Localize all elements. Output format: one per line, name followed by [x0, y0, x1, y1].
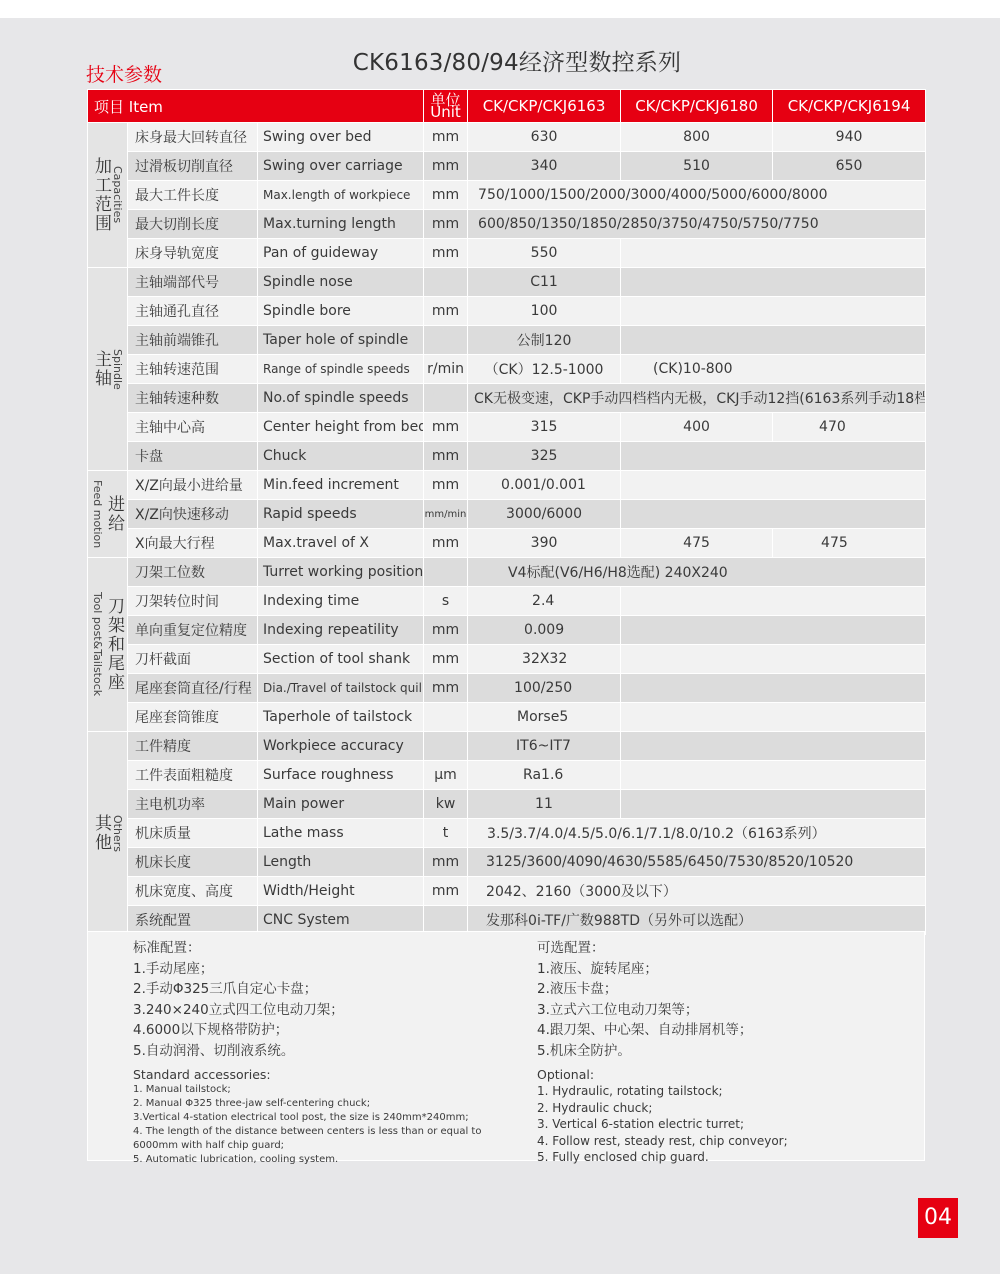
- row-value-6180: 510: [621, 152, 773, 181]
- row-label-en: Min.feed increment: [258, 471, 424, 500]
- row-unit: mm: [424, 645, 468, 674]
- group-spindle: 主轴Spindle: [88, 268, 128, 471]
- row-unit: r/min: [424, 355, 468, 384]
- section-label: 技术参数: [86, 60, 162, 87]
- row-label-cn: 卡盘: [128, 442, 258, 471]
- row-label-cn: 刀架工位数: [128, 558, 258, 587]
- standard-item-cn: 1.手动尾座；: [133, 959, 481, 980]
- table-row: X/Z向快速移动 Rapid speeds mm/min 3000/6000: [88, 500, 926, 529]
- row-value-all: 3.5/3.7/4.0/4.5/5.0/6.1/7.1/8.0/10.2（616…: [468, 819, 926, 848]
- row-value-all: 600/850/1350/1850/2850/3750/4750/5750/77…: [468, 210, 926, 239]
- empty-cell: [621, 442, 926, 471]
- group-feed: Feed motion进给: [88, 471, 128, 558]
- table-row: 主轴前端锥孔 Taper hole of spindle 公制120: [88, 326, 926, 355]
- row-label-en: Chuck: [258, 442, 424, 471]
- row-value-6180: 800: [621, 123, 773, 152]
- header-unit-en: Unit: [424, 106, 467, 118]
- row-value-6163: 340: [468, 152, 621, 181]
- row-label-en: Max.travel of X: [258, 529, 424, 558]
- group-label-en: Spindle: [111, 349, 124, 390]
- row-label-cn: 床身导轨宽度: [128, 239, 258, 268]
- row-label-cn: 尾座套筒直径/行程: [128, 674, 258, 703]
- row-unit: mm: [424, 848, 468, 877]
- empty-cell: [621, 471, 926, 500]
- row-label-cn: 工件精度: [128, 732, 258, 761]
- accessories-notes: 标准配置： 1.手动尾座； 2.手动Φ325三爪自定心卡盘； 3.240×240…: [87, 931, 925, 1161]
- row-value-all: 0.001/0.001: [468, 471, 621, 500]
- row-unit: mm: [424, 181, 468, 210]
- row-label-cn: X向最大行程: [128, 529, 258, 558]
- standard-item-en: 1. Manual tailstock;: [133, 1083, 481, 1097]
- standard-item-cn: 2.手动Φ325三爪自定心卡盘；: [133, 979, 481, 1000]
- row-label-en: Rapid speeds: [258, 500, 424, 529]
- row-value-6180: 475: [621, 529, 773, 558]
- empty-cell: [621, 761, 926, 790]
- table-row: 主轴通孔直径 Spindle bore mm 100: [88, 297, 926, 326]
- row-label-en: Lathe mass: [258, 819, 424, 848]
- row-value-all: 11: [468, 790, 621, 819]
- row-label-cn: 机床宽度、高度: [128, 877, 258, 906]
- row-label-en: Dia./Travel of tailstock quill: [258, 674, 424, 703]
- table-header-row: 项目 Item 单位 Unit CK/CKP/CKJ6163 CK/CKP/CK…: [88, 90, 926, 123]
- row-label-cn: 过滑板切削直径: [128, 152, 258, 181]
- header-item: 项目 Item: [88, 90, 424, 123]
- empty-cell: [621, 616, 926, 645]
- row-label-en: Surface roughness: [258, 761, 424, 790]
- table-row: 卡盘 Chuck mm 325: [88, 442, 926, 471]
- row-value-6163: （CK）12.5-1000: [468, 355, 621, 384]
- standard-item-en: 4. The length of the distance between ce…: [133, 1125, 481, 1139]
- optional-item-cn: 2.液压卡盘；: [537, 979, 788, 1000]
- table-row: 机床宽度、高度 Width/Height mm 2042、2160（3000及以…: [88, 877, 926, 906]
- row-label-cn: 主轴中心高: [128, 413, 258, 442]
- row-label-cn: 工件表面粗糙度: [128, 761, 258, 790]
- row-label-cn: 最大工件长度: [128, 181, 258, 210]
- standard-accessories: 标准配置： 1.手动尾座； 2.手动Φ325三爪自定心卡盘； 3.240×240…: [133, 938, 481, 1167]
- row-label-en: Pan of guideway: [258, 239, 424, 268]
- optional-item-cn: 4.跟刀架、中心架、自动排屑机等；: [537, 1020, 788, 1041]
- table-row: 尾座套筒锥度 Taperhole of tailstock Morse5: [88, 703, 926, 732]
- table-row: 机床质量 Lathe mass t 3.5/3.7/4.0/4.5/5.0/6.…: [88, 819, 926, 848]
- top-band: [0, 0, 1000, 18]
- standard-title-cn: 标准配置：: [133, 938, 481, 959]
- row-unit: mm: [424, 529, 468, 558]
- row-label-cn: 主轴转速范围: [128, 355, 258, 384]
- table-row: 工件表面粗糙度 Surface roughness μm Ra1.6: [88, 761, 926, 790]
- row-label-en: Swing over carriage: [258, 152, 424, 181]
- row-value-6194: 940: [773, 123, 926, 152]
- table-row: 最大切削长度 Max.turning length mm 600/850/135…: [88, 210, 926, 239]
- table-row: 加工范围Capacities 床身最大回转直径 Swing over bed m…: [88, 123, 926, 152]
- table-row: 过滑板切削直径 Swing over carriage mm 340 510 6…: [88, 152, 926, 181]
- table-row: 单向重复定位精度 Indexing repeatility mm 0.009: [88, 616, 926, 645]
- table-row: 主轴Spindle 主轴端部代号 Spindle nose C11: [88, 268, 926, 297]
- row-label-cn: 尾座套筒锥度: [128, 703, 258, 732]
- row-unit: [424, 703, 468, 732]
- row-label-en: Range of spindle speeds: [258, 355, 424, 384]
- standard-en-block: Standard accessories: 1. Manual tailstoc…: [133, 1067, 481, 1167]
- row-label-cn: 机床质量: [128, 819, 258, 848]
- group-label-en: Others: [111, 815, 124, 852]
- optional-accessories: 可选配置： 1.液压、旋转尾座； 2.液压卡盘； 3.立式六工位电动刀架等； 4…: [537, 938, 788, 1166]
- group-label-en: Capacities: [111, 166, 124, 223]
- empty-cell: [621, 674, 926, 703]
- row-value-all: 2.4: [468, 587, 621, 616]
- standard-item-cn: 4.6000以下规格带防护；: [133, 1020, 481, 1041]
- row-label-en: Main power: [258, 790, 424, 819]
- table-row: 机床长度 Length mm 3125/3600/4090/4630/5585/…: [88, 848, 926, 877]
- header-unit: 单位 Unit: [424, 90, 468, 123]
- group-label-cn: 刀架和尾座: [104, 597, 124, 692]
- empty-cell: [621, 790, 926, 819]
- optional-item-en: 5. Fully enclosed chip guard.: [537, 1149, 788, 1166]
- row-label-en: Turret working position: [258, 558, 424, 587]
- empty-cell: [621, 500, 926, 529]
- empty-cell: [621, 326, 926, 355]
- row-value-6163: 315: [468, 413, 621, 442]
- optional-item-cn: 1.液压、旋转尾座；: [537, 959, 788, 980]
- row-label-cn: X/Z向快速移动: [128, 500, 258, 529]
- header-model-6194: CK/CKP/CKJ6194: [773, 90, 926, 123]
- row-value-6180: 400: [621, 413, 773, 442]
- row-value-all: 100/250: [468, 674, 621, 703]
- standard-item-en: 5. Automatic lubrication, cooling system…: [133, 1153, 481, 1167]
- row-value-6163: 390: [468, 529, 621, 558]
- row-label-cn: 床身最大回转直径: [128, 123, 258, 152]
- optional-item-en: 1. Hydraulic, rotating tailstock;: [537, 1083, 788, 1100]
- row-value-all: CK无极变速，CKP手动四档档内无极，CKJ手动12挡(6163系列手动18档): [468, 384, 926, 413]
- row-value-all: IT6~IT7: [468, 732, 621, 761]
- row-value-all: C11: [468, 268, 621, 297]
- table-row: 主电机功率 Main power kw 11: [88, 790, 926, 819]
- group-label-cn: 其他: [91, 814, 111, 852]
- row-unit: μm: [424, 761, 468, 790]
- row-label-cn: 刀杆截面: [128, 645, 258, 674]
- row-value-6180-6194: (CK)10-800: [621, 355, 926, 384]
- row-value-all: 公制120: [468, 326, 621, 355]
- row-label-en: Section of tool shank: [258, 645, 424, 674]
- spec-table: 项目 Item 单位 Unit CK/CKP/CKJ6163 CK/CKP/CK…: [87, 89, 926, 935]
- row-label-en: Workpiece accuracy: [258, 732, 424, 761]
- group-label-cn: 加工范围: [91, 157, 111, 233]
- row-label-cn: 最大切削长度: [128, 210, 258, 239]
- row-unit: mm: [424, 413, 468, 442]
- row-unit: mm: [424, 442, 468, 471]
- row-label-en: Length: [258, 848, 424, 877]
- table-row: 主轴中心高 Center height from bed mm 315 400 …: [88, 413, 926, 442]
- row-label-en: Max.turning length: [258, 210, 424, 239]
- row-unit: mm: [424, 471, 468, 500]
- row-unit: [424, 558, 468, 587]
- row-value-all: Ra1.6: [468, 761, 621, 790]
- row-unit: mm: [424, 877, 468, 906]
- row-value-all: 325: [468, 442, 621, 471]
- row-value-all: 0.009: [468, 616, 621, 645]
- standard-item-en: 3.Vertical 4-station electrical tool pos…: [133, 1111, 481, 1125]
- row-label-cn: 主轴通孔直径: [128, 297, 258, 326]
- empty-cell: [621, 268, 926, 297]
- standard-item-en: 6000mm with half chip guard;: [133, 1139, 481, 1153]
- table-row: X向最大行程 Max.travel of X mm 390 475 475: [88, 529, 926, 558]
- row-value-6163: 630: [468, 123, 621, 152]
- row-value-all: 3125/3600/4090/4630/5585/6450/7530/8520/…: [468, 848, 926, 877]
- row-label-en: Indexing repeatility: [258, 616, 424, 645]
- group-label-en: Tool post&Tailstock: [91, 592, 104, 696]
- optional-item-en: 4. Follow rest, steady rest, chip convey…: [537, 1133, 788, 1150]
- row-unit: s: [424, 587, 468, 616]
- optional-item-en: 2. Hydraulic chuck;: [537, 1100, 788, 1117]
- row-unit: t: [424, 819, 468, 848]
- row-unit: mm/min: [424, 500, 468, 529]
- row-unit: [424, 732, 468, 761]
- row-value-all: 2042、2160（3000及以下）: [468, 877, 926, 906]
- row-unit: kw: [424, 790, 468, 819]
- row-label-en: Width/Height: [258, 877, 424, 906]
- table-row: 主轴转速种数 No.of spindle speeds CK无极变速，CKP手动…: [88, 384, 926, 413]
- row-unit: mm: [424, 674, 468, 703]
- group-tool-post-tailstock: Tool post&Tailstock刀架和尾座: [88, 558, 128, 732]
- row-value-6194: 475: [773, 529, 926, 558]
- row-label-en: Max.length of workpiece: [258, 181, 424, 210]
- row-label-en: Center height from bed: [258, 413, 424, 442]
- empty-cell: [621, 732, 926, 761]
- row-value-all: 750/1000/1500/2000/3000/4000/5000/6000/8…: [468, 181, 926, 210]
- row-unit: mm: [424, 210, 468, 239]
- table-row: 其他Others 工件精度 Workpiece accuracy IT6~IT7: [88, 732, 926, 761]
- optional-item-cn: 3.立式六工位电动刀架等；: [537, 1000, 788, 1021]
- row-label-cn: 主轴端部代号: [128, 268, 258, 297]
- optional-item-en: 3. Vertical 6-station electric turret;: [537, 1116, 788, 1133]
- table-row: 床身导轨宽度 Pan of guideway mm 550: [88, 239, 926, 268]
- row-label-en: No.of spindle speeds: [258, 384, 424, 413]
- row-unit: mm: [424, 616, 468, 645]
- row-label-cn: 刀架转位时间: [128, 587, 258, 616]
- empty-cell: [621, 239, 926, 268]
- row-value-6194: 470: [773, 413, 926, 442]
- row-label-en: Taper hole of spindle: [258, 326, 424, 355]
- page-number: 04: [918, 1198, 958, 1238]
- row-value-all: 3000/6000: [468, 500, 621, 529]
- row-label-cn: 主电机功率: [128, 790, 258, 819]
- row-value-all: 550: [468, 239, 621, 268]
- row-label-en: Taperhole of tailstock: [258, 703, 424, 732]
- group-others: 其他Others: [88, 732, 128, 935]
- group-label-cn: 进给: [104, 495, 124, 533]
- row-label-cn: 机床长度: [128, 848, 258, 877]
- table-row: 刀架转位时间 Indexing time s 2.4: [88, 587, 926, 616]
- row-label-cn: 主轴前端锥孔: [128, 326, 258, 355]
- row-value-all: 100: [468, 297, 621, 326]
- row-unit: mm: [424, 297, 468, 326]
- standard-title-en: Standard accessories:: [133, 1067, 481, 1083]
- row-value-all: 32X32: [468, 645, 621, 674]
- group-label-en: Feed motion: [91, 480, 104, 548]
- row-value-all: Morse5: [468, 703, 621, 732]
- row-label-en: Indexing time: [258, 587, 424, 616]
- row-unit: mm: [424, 123, 468, 152]
- row-label-cn: 单向重复定位精度: [128, 616, 258, 645]
- group-label-cn: 主轴: [91, 350, 111, 388]
- optional-title-cn: 可选配置：: [537, 938, 788, 959]
- group-capacities: 加工范围Capacities: [88, 123, 128, 268]
- empty-cell: [621, 645, 926, 674]
- row-label-en: Spindle bore: [258, 297, 424, 326]
- header-model-6163: CK/CKP/CKJ6163: [468, 90, 621, 123]
- table-row: 刀杆截面 Section of tool shank mm 32X32: [88, 645, 926, 674]
- row-unit: mm: [424, 152, 468, 181]
- header-model-6180: CK/CKP/CKJ6180: [621, 90, 773, 123]
- table-row: 尾座套筒直径/行程 Dia./Travel of tailstock quill…: [88, 674, 926, 703]
- row-label-cn: 主轴转速种数: [128, 384, 258, 413]
- standard-item-en: 2. Manual Φ325 three-jaw self-centering …: [133, 1097, 481, 1111]
- table-row: Feed motion进给 X/Z向最小进给量 Min.feed increme…: [88, 471, 926, 500]
- table-row: 最大工件长度 Max.length of workpiece mm 750/10…: [88, 181, 926, 210]
- empty-cell: [621, 703, 926, 732]
- optional-item-cn: 5.机床全防护。: [537, 1041, 788, 1062]
- row-label-en: Swing over bed: [258, 123, 424, 152]
- optional-title-en: Optional:: [537, 1067, 788, 1083]
- row-value-all: V4标配(V6/H6/H8选配) 240X240: [468, 558, 926, 587]
- row-label-cn: X/Z向最小进给量: [128, 471, 258, 500]
- table-row: 主轴转速范围 Range of spindle speeds r/min （CK…: [88, 355, 926, 384]
- row-unit: [424, 384, 468, 413]
- empty-cell: [621, 587, 926, 616]
- row-unit: mm: [424, 239, 468, 268]
- standard-item-cn: 5.自动润滑、切削液系统。: [133, 1041, 481, 1062]
- standard-item-cn: 3.240×240立式四工位电动刀架；: [133, 1000, 481, 1021]
- row-value-6194: 650: [773, 152, 926, 181]
- empty-cell: [621, 297, 926, 326]
- row-unit: [424, 326, 468, 355]
- table-row: Tool post&Tailstock刀架和尾座 刀架工位数 Turret wo…: [88, 558, 926, 587]
- row-label-en: Spindle nose: [258, 268, 424, 297]
- optional-en-block: Optional: 1. Hydraulic, rotating tailsto…: [537, 1067, 788, 1166]
- row-unit: [424, 268, 468, 297]
